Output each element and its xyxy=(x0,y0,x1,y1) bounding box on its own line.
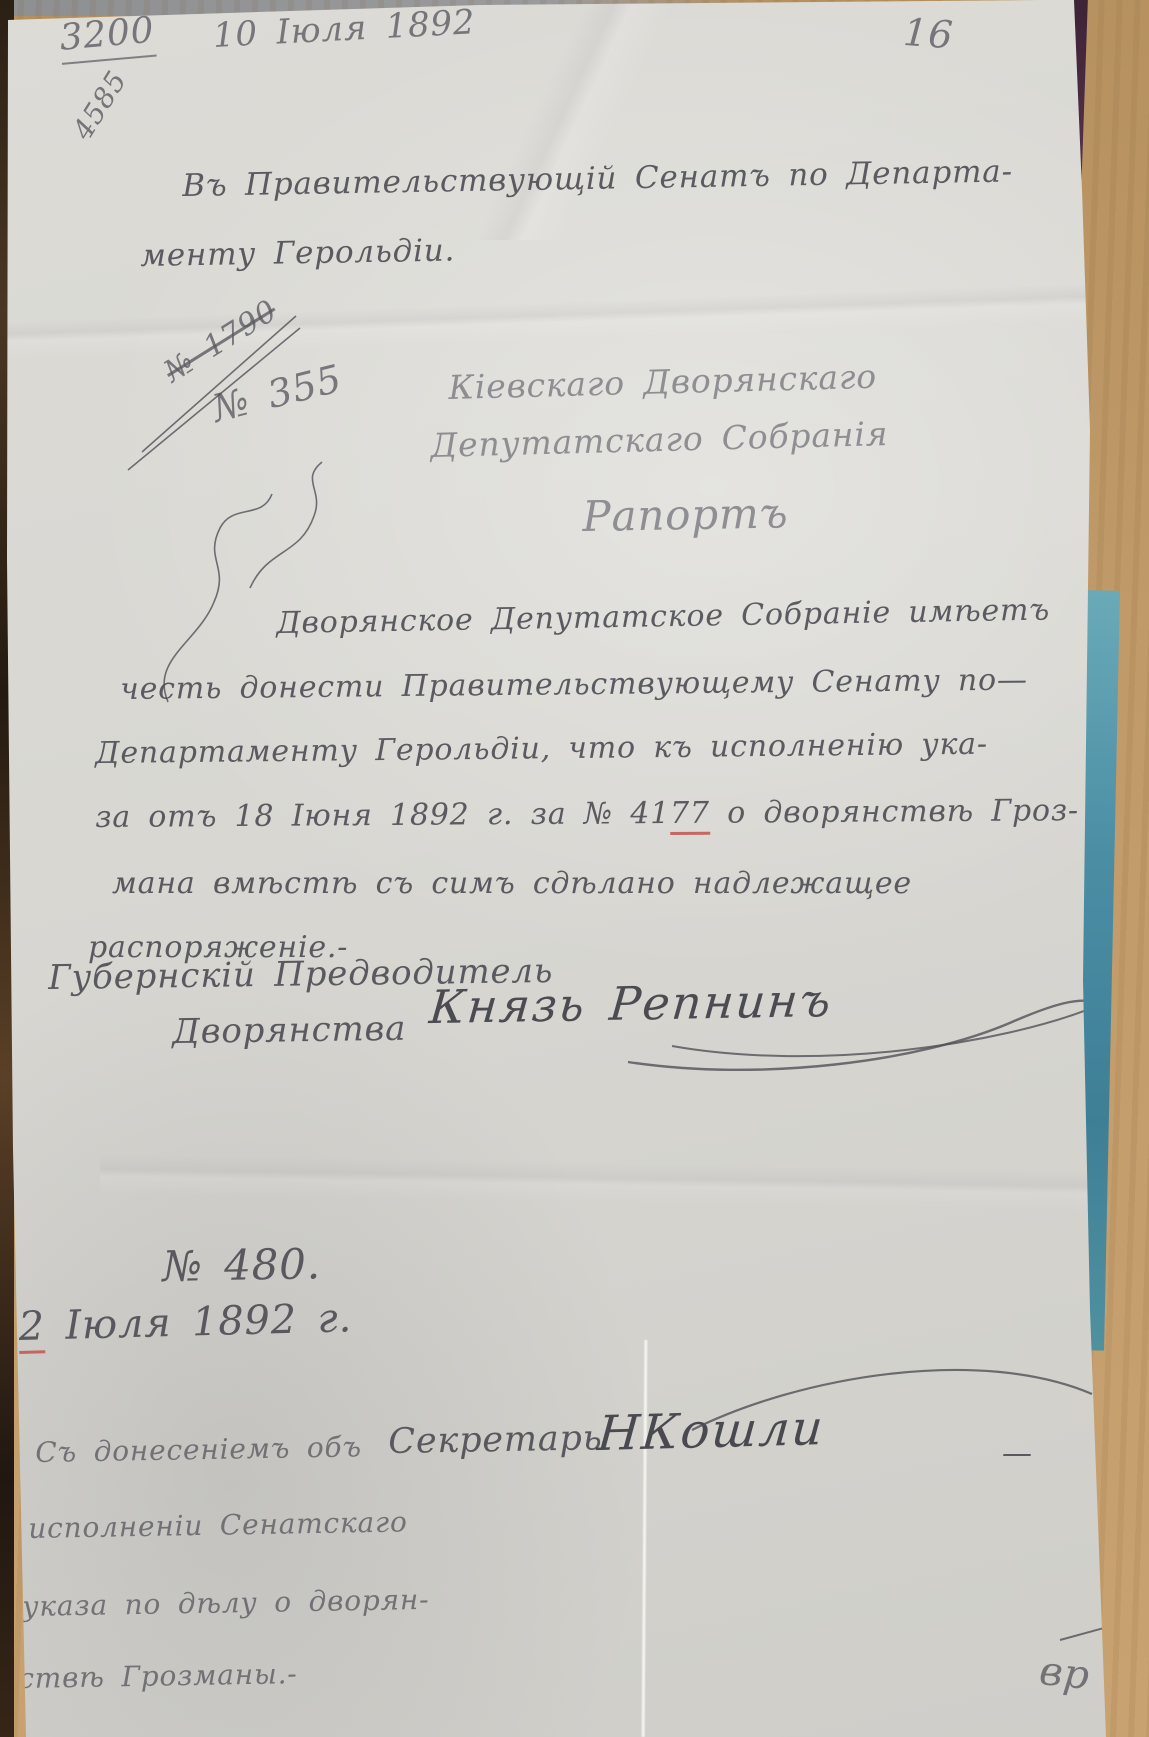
body-line-4-red-underlined: 77 xyxy=(670,796,710,835)
outgoing-date-day: 2 xyxy=(18,1303,46,1354)
docket-line-3: указа по дѣлу о дворян- xyxy=(22,1583,430,1623)
sender-line-2: Депутатскаго Собранія xyxy=(430,414,889,465)
corrected-case-number: № 355 xyxy=(208,356,346,431)
report-title: Рапортъ xyxy=(582,488,789,541)
body-line-5: мана вмѣстѣ съ симъ сдѣлано надлежащее xyxy=(112,866,912,901)
secretary-label: Секретарь xyxy=(388,1418,603,1462)
marshal-signature: Князь Репнинъ xyxy=(427,973,834,1034)
sender-line-1: Кіевскаго Дворянскаго xyxy=(448,357,877,407)
address-line-2: менту Герольдіи. xyxy=(140,233,455,274)
document-page: 3200 4585 10 Іюля 1892 16 Въ Правительст… xyxy=(0,0,1149,1737)
archival-photo: 3200 4585 10 Іюля 1892 16 Въ Правительст… xyxy=(0,0,1149,1737)
docket-line-1: Съ донесеніемъ объ xyxy=(35,1430,362,1469)
outgoing-date-rest: Іюля 1892 г. xyxy=(44,1295,352,1349)
paper-crease xyxy=(0,270,1100,360)
address-line-1: Въ Правительствующій Сенатъ по Департа- xyxy=(182,154,1013,204)
body-line-3: Департаменту Герольдіи, что къ исполнені… xyxy=(95,727,988,771)
closing-dash: — xyxy=(1002,1436,1033,1471)
body-line-4-pre: за отъ 18 Іюня 1892 г. за № 41 xyxy=(95,796,670,835)
secretary-signature: НКошли xyxy=(596,1400,827,1462)
body-line-4-post: о дворянствѣ Гроз- xyxy=(710,793,1079,831)
outgoing-date: 2 Іюля 1892 г. xyxy=(18,1295,353,1350)
marshal-title-line-2: Дворянства xyxy=(172,1009,406,1052)
docket-line-2: исполненіи Сенатскаго xyxy=(28,1505,408,1545)
folio-number: 16 xyxy=(902,10,955,57)
registry-incoming-number: 3200 xyxy=(58,10,157,65)
registry-incoming-subnumber: 4585 xyxy=(66,65,133,146)
outgoing-number: № 480. xyxy=(162,1239,321,1291)
paper-crease xyxy=(100,1120,1100,1230)
body-line-1: Дворянское Депутатское Собраніе имѣетъ xyxy=(276,592,1050,641)
paper-crease xyxy=(642,1340,648,1737)
body-line-4: за отъ 18 Іюня 1892 г. за № 4177 о дворя… xyxy=(95,793,1079,835)
docket-line-4: ствѣ Грозманы.- xyxy=(18,1657,298,1695)
pencil-scribble-icon xyxy=(250,462,322,588)
bottom-right-mark: вр xyxy=(1037,1648,1092,1699)
clerk-mark-line-icon xyxy=(1060,1622,1126,1640)
body-line-2: честь донести Правительствующему Сенату … xyxy=(120,662,1028,707)
